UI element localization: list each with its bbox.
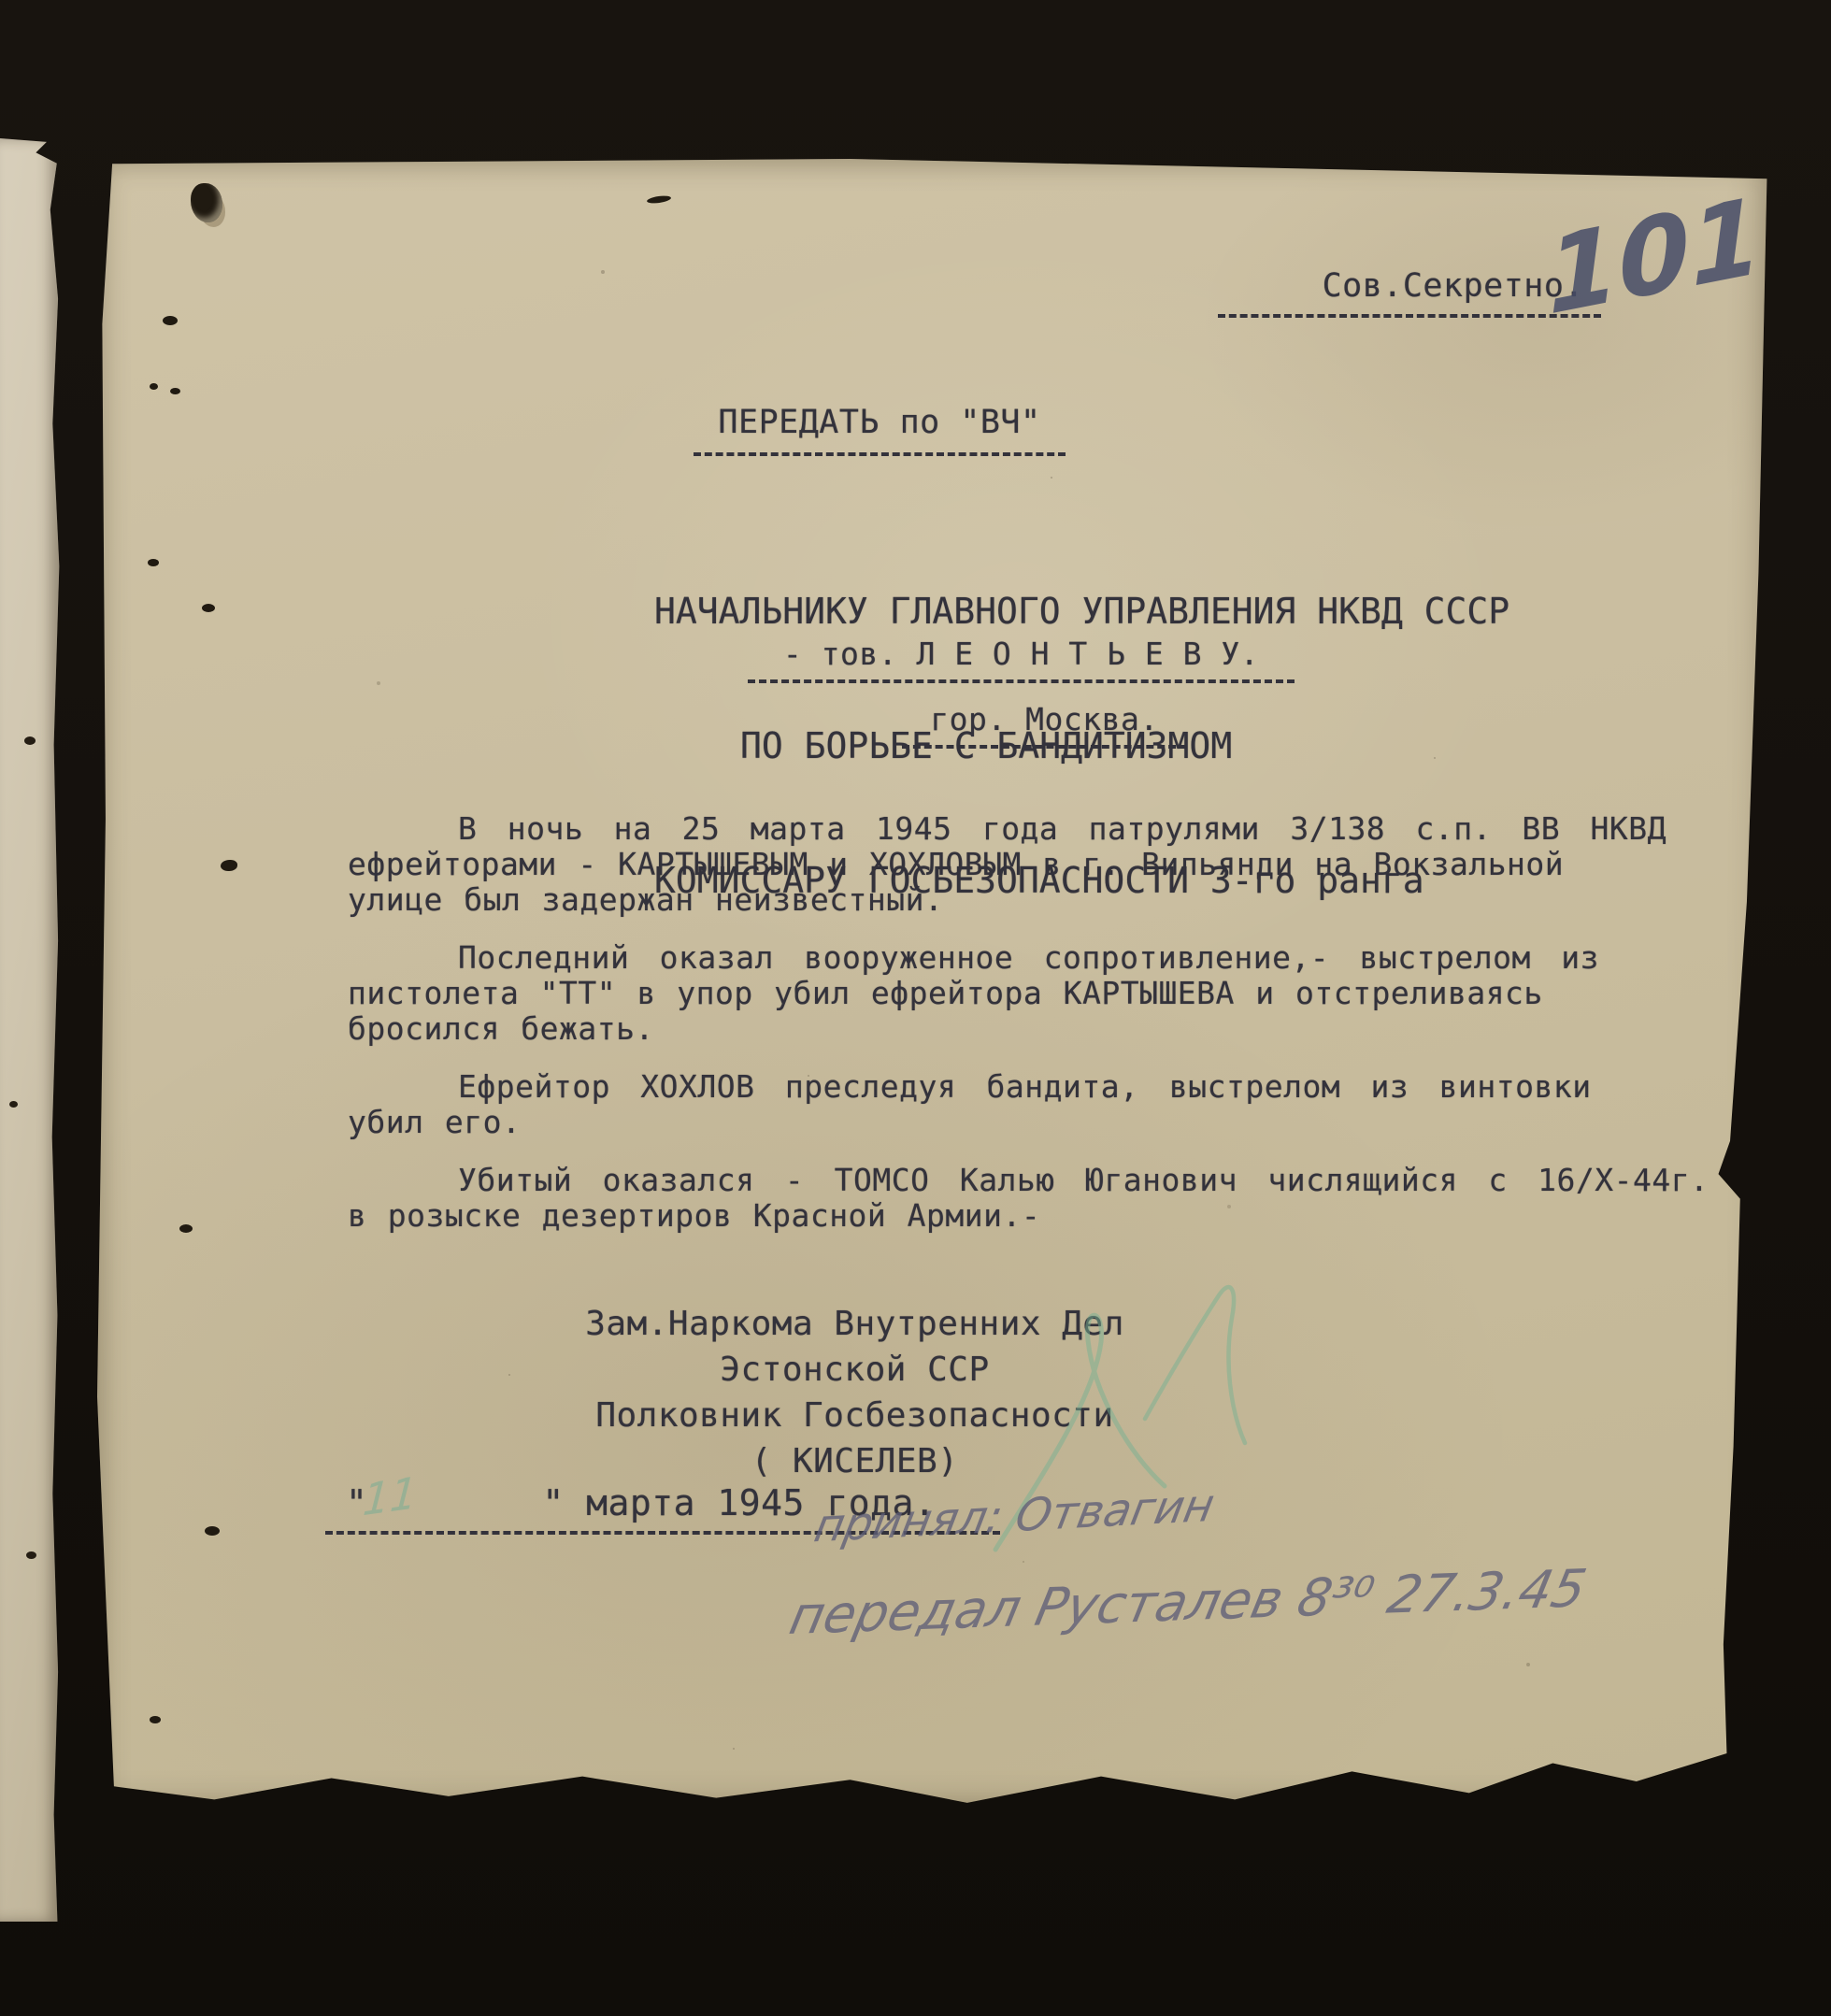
addressee-city: гор. Москва. xyxy=(902,701,1187,749)
addressee-line-1: НАЧАЛЬНИКУ ГЛАВНОГО УПРАВЛЕНИЯ НКВД СССР xyxy=(654,589,1509,634)
body-paragraph-2: Последний оказал вооруженное сопротивлен… xyxy=(348,940,1709,1047)
punch-hole xyxy=(163,316,178,325)
handwritten-page-number: 101 xyxy=(1544,175,1765,339)
paper-speckles xyxy=(97,159,99,161)
punch-hole xyxy=(170,388,180,394)
punch-hole xyxy=(202,604,215,612)
body-paragraph-3: Ефрейтор ХОХЛОВ преследуя бандита, выстр… xyxy=(348,1069,1709,1140)
transmit-line: ПЕРЕДАТЬ по "ВЧ" xyxy=(694,404,1066,456)
adjacent-page-edge xyxy=(0,138,60,1922)
document-page: Сов.Секретно. 101 ПЕРЕДАТЬ по "ВЧ" НАЧАЛ… xyxy=(97,159,1770,1809)
paper-hole xyxy=(26,1551,36,1559)
handwritten-transmitted-note: передал Русталев 8³⁰ 27.3.45 xyxy=(784,1558,1591,1646)
body-paragraph-1: В ночь на 25 марта 1945 года патрулями 3… xyxy=(348,811,1709,918)
photo-background: Сов.Секретно. 101 ПЕРЕДАТЬ по "ВЧ" НАЧАЛ… xyxy=(0,0,1831,2016)
punch-hole xyxy=(221,860,237,871)
punch-hole xyxy=(148,559,159,566)
handwritten-date-digit: 11 xyxy=(361,1466,419,1525)
addressee-name: - тов. Л Е О Н Т Ь Е В У. xyxy=(748,636,1295,683)
paper-hole xyxy=(9,1101,18,1108)
punch-hole xyxy=(205,1526,220,1536)
classification-stamp: Сов.Секретно. xyxy=(1218,267,1601,318)
punch-hole xyxy=(150,1716,161,1723)
punch-hole xyxy=(179,1224,193,1233)
paper-hole xyxy=(24,736,36,745)
punch-hole xyxy=(191,183,222,222)
ink-smudge xyxy=(647,194,672,205)
body-paragraph-4: Убитый оказался - ТОМСО Калью Юганович ч… xyxy=(348,1163,1709,1234)
punch-hole xyxy=(150,383,158,390)
body-text: В ночь на 25 марта 1945 года патрулями 3… xyxy=(348,811,1709,1256)
